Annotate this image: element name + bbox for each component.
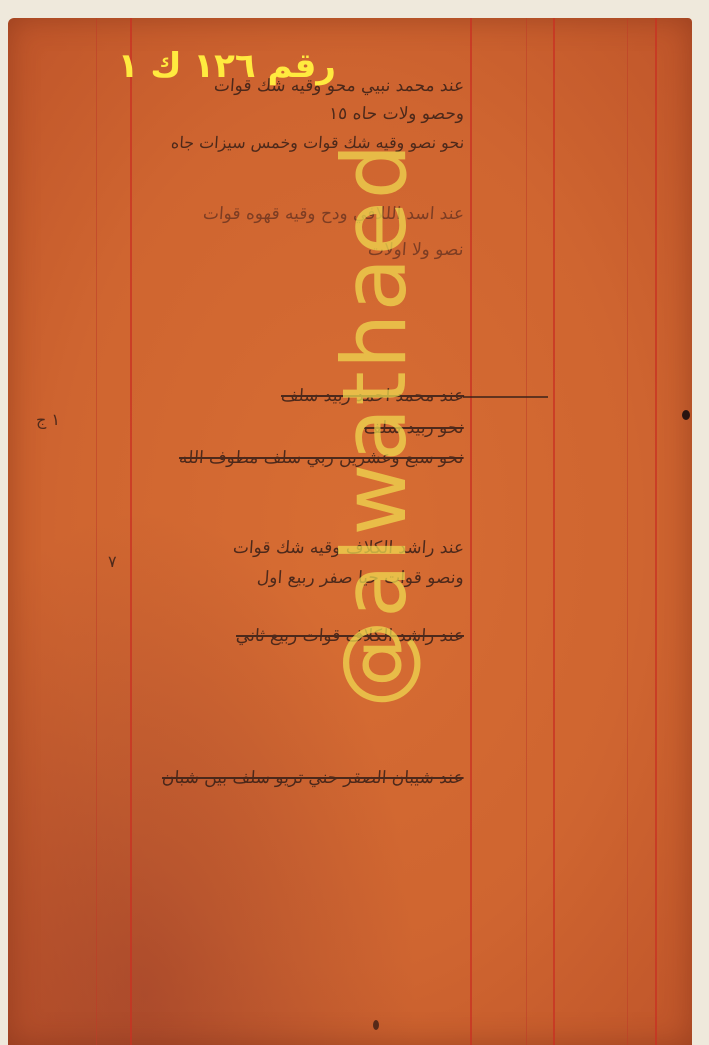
entry-line: وحصو ولات حاه ١٥ bbox=[328, 104, 465, 124]
ink-blot bbox=[682, 410, 690, 420]
strike-dash bbox=[463, 396, 548, 398]
entry-line-struck: عند شيبان الصقر حني تريو سلف بين شبان bbox=[162, 768, 465, 788]
document-reference-label: رقم ١٢٦ ك ١ bbox=[66, 46, 336, 86]
ruled-line bbox=[553, 18, 555, 1045]
ledger-page: عند محمد نبيي محو وقيه شك قوات وحصو ولات… bbox=[8, 18, 692, 1045]
ruled-line bbox=[130, 18, 132, 1045]
ruled-line bbox=[627, 18, 628, 1045]
ink-blot bbox=[373, 1020, 379, 1030]
ruled-line bbox=[526, 18, 527, 1045]
ruled-line bbox=[655, 18, 657, 1045]
watermark: @alwathaed bbox=[323, 142, 426, 708]
ruled-line bbox=[470, 18, 472, 1045]
margin-note: ٧ bbox=[108, 552, 117, 571]
margin-note: ١ ج bbox=[36, 410, 60, 429]
ruled-line bbox=[96, 18, 97, 1045]
